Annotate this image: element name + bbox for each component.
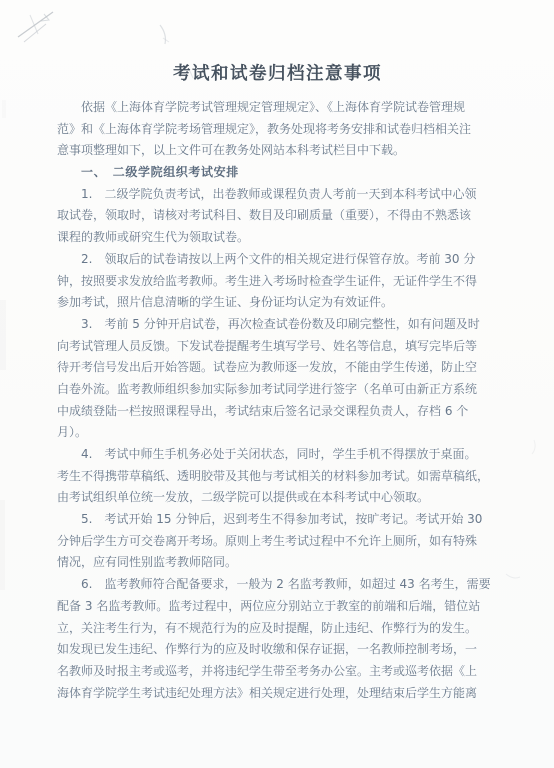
text-line: 情况，应有同性别监考教师陪同。 <box>57 552 498 574</box>
text-line: 1. 二级学院负责考试，出卷教师或课程负责人考前一天到本科考试中心领 <box>57 184 498 206</box>
text-line: 2. 领取后的试卷请按以上两个文件的相关规定进行保管存放。考前 30 分 <box>57 249 498 271</box>
text-line: 待开考信号发出后开始答题。试卷应为教师逐一发放，不能由学生传递，防止空 <box>57 357 498 379</box>
text-line: 如发现已发生违纪、作弊行为的应及时收缴和保存证据，一名教师控制考场，一 <box>57 639 498 661</box>
text-line: 依据《上海体育学院考试管理规定管理规定》、《上海体育学院试卷管理规 <box>57 97 498 119</box>
text-line: 中成绩登陆一栏按照课程导出，考试结束后签名记录交课程负责人，存档 6 个 <box>57 401 498 423</box>
text-line: 4. 考试中师生手机务必处于关闭状态，同时，学生手机不得摆放于桌面。 <box>57 444 498 466</box>
document-body: 依据《上海体育学院考试管理规定管理规定》、《上海体育学院试卷管理规范》和《上海体… <box>57 97 498 704</box>
page-title: 考试和试卷归档注意事项 <box>57 62 498 86</box>
scanned-document-page: 考试和试卷归档注意事项 依据《上海体育学院考试管理规定管理规定》、《上海体育学院… <box>0 0 554 768</box>
text-line: 意事项整理如下，以上文件可在教务处网站本科考试栏目中下载。 <box>57 140 498 162</box>
text-line: 范》和《上海体育学院考场管理规定》，教务处现将考务安排和试卷归档相关注 <box>57 119 498 141</box>
text-line: 3. 考前 5 分钟开启试卷，再次检查试卷份数及印刷完整性，如有问题及时 <box>57 314 498 336</box>
text-line: 向考试管理人员反馈。下发试卷提醒考生填写学号、姓名等信息，填写完毕后等 <box>57 336 498 358</box>
text-line: 海体育学院学生考试违纪处理方法》相关规定进行处理，处理结束后学生方能离 <box>57 683 498 705</box>
text-line: 配备 3 名监考教师。监考过程中，两位应分别站立于教室的前端和后端，错位站 <box>57 596 498 618</box>
section-heading: 一、 二级学院组织考试安排 <box>57 162 498 184</box>
text-line: 取试卷，领取时，请核对考试科目、数目及印刷质量（重要），不得由不熟悉该 <box>57 205 498 227</box>
text-line: 立，关注考生行为，有不规范行为的应及时提醒，防止违纪、作弊行为的发生。 <box>57 618 498 640</box>
text-line: 白卷外流。监考教师组织参加实际参加考试同学进行签字（名单可由新正方系统 <box>57 379 498 401</box>
text-line: 名教师及时报主考或巡考，并将违纪学生带至考务办公室。主考或巡考依据《上 <box>57 661 498 683</box>
text-line: 分钟后学生方可交卷离开考场。原则上考生考试过程中不允许上厕所，如有特殊 <box>57 531 498 553</box>
text-line: 6. 监考教师符合配备要求，一般为 2 名监考教师，如超过 43 名考生，需要 <box>57 574 498 596</box>
scan-edge-smudge <box>0 500 5 590</box>
scan-edge-smudge <box>0 300 6 370</box>
text-line: 课程的教师或研究生代为领取试卷。 <box>57 227 498 249</box>
scan-edge-smudge <box>2 100 6 118</box>
text-line: 5. 考试开始 15 分钟后，迟到考生不得参加考试，按旷考记。考试开始 30 <box>57 509 498 531</box>
text-line: 钟，按照要求发放给监考教师。考生进入考场时检查学生证件，无证件学生不得 <box>57 271 498 293</box>
text-line: 参加考试，照片信息清晰的学生证、身份证均认定为有效证件。 <box>57 292 498 314</box>
text-line: 由考试组织单位统一发放，二级学院可以提供或在本科考试中心领取。 <box>57 487 498 509</box>
text-line: 月）。 <box>57 422 498 444</box>
text-line: 考生不得携带草稿纸、透明胶带及其他与考试相关的材料参加考试。如需草稿纸， <box>57 466 498 488</box>
